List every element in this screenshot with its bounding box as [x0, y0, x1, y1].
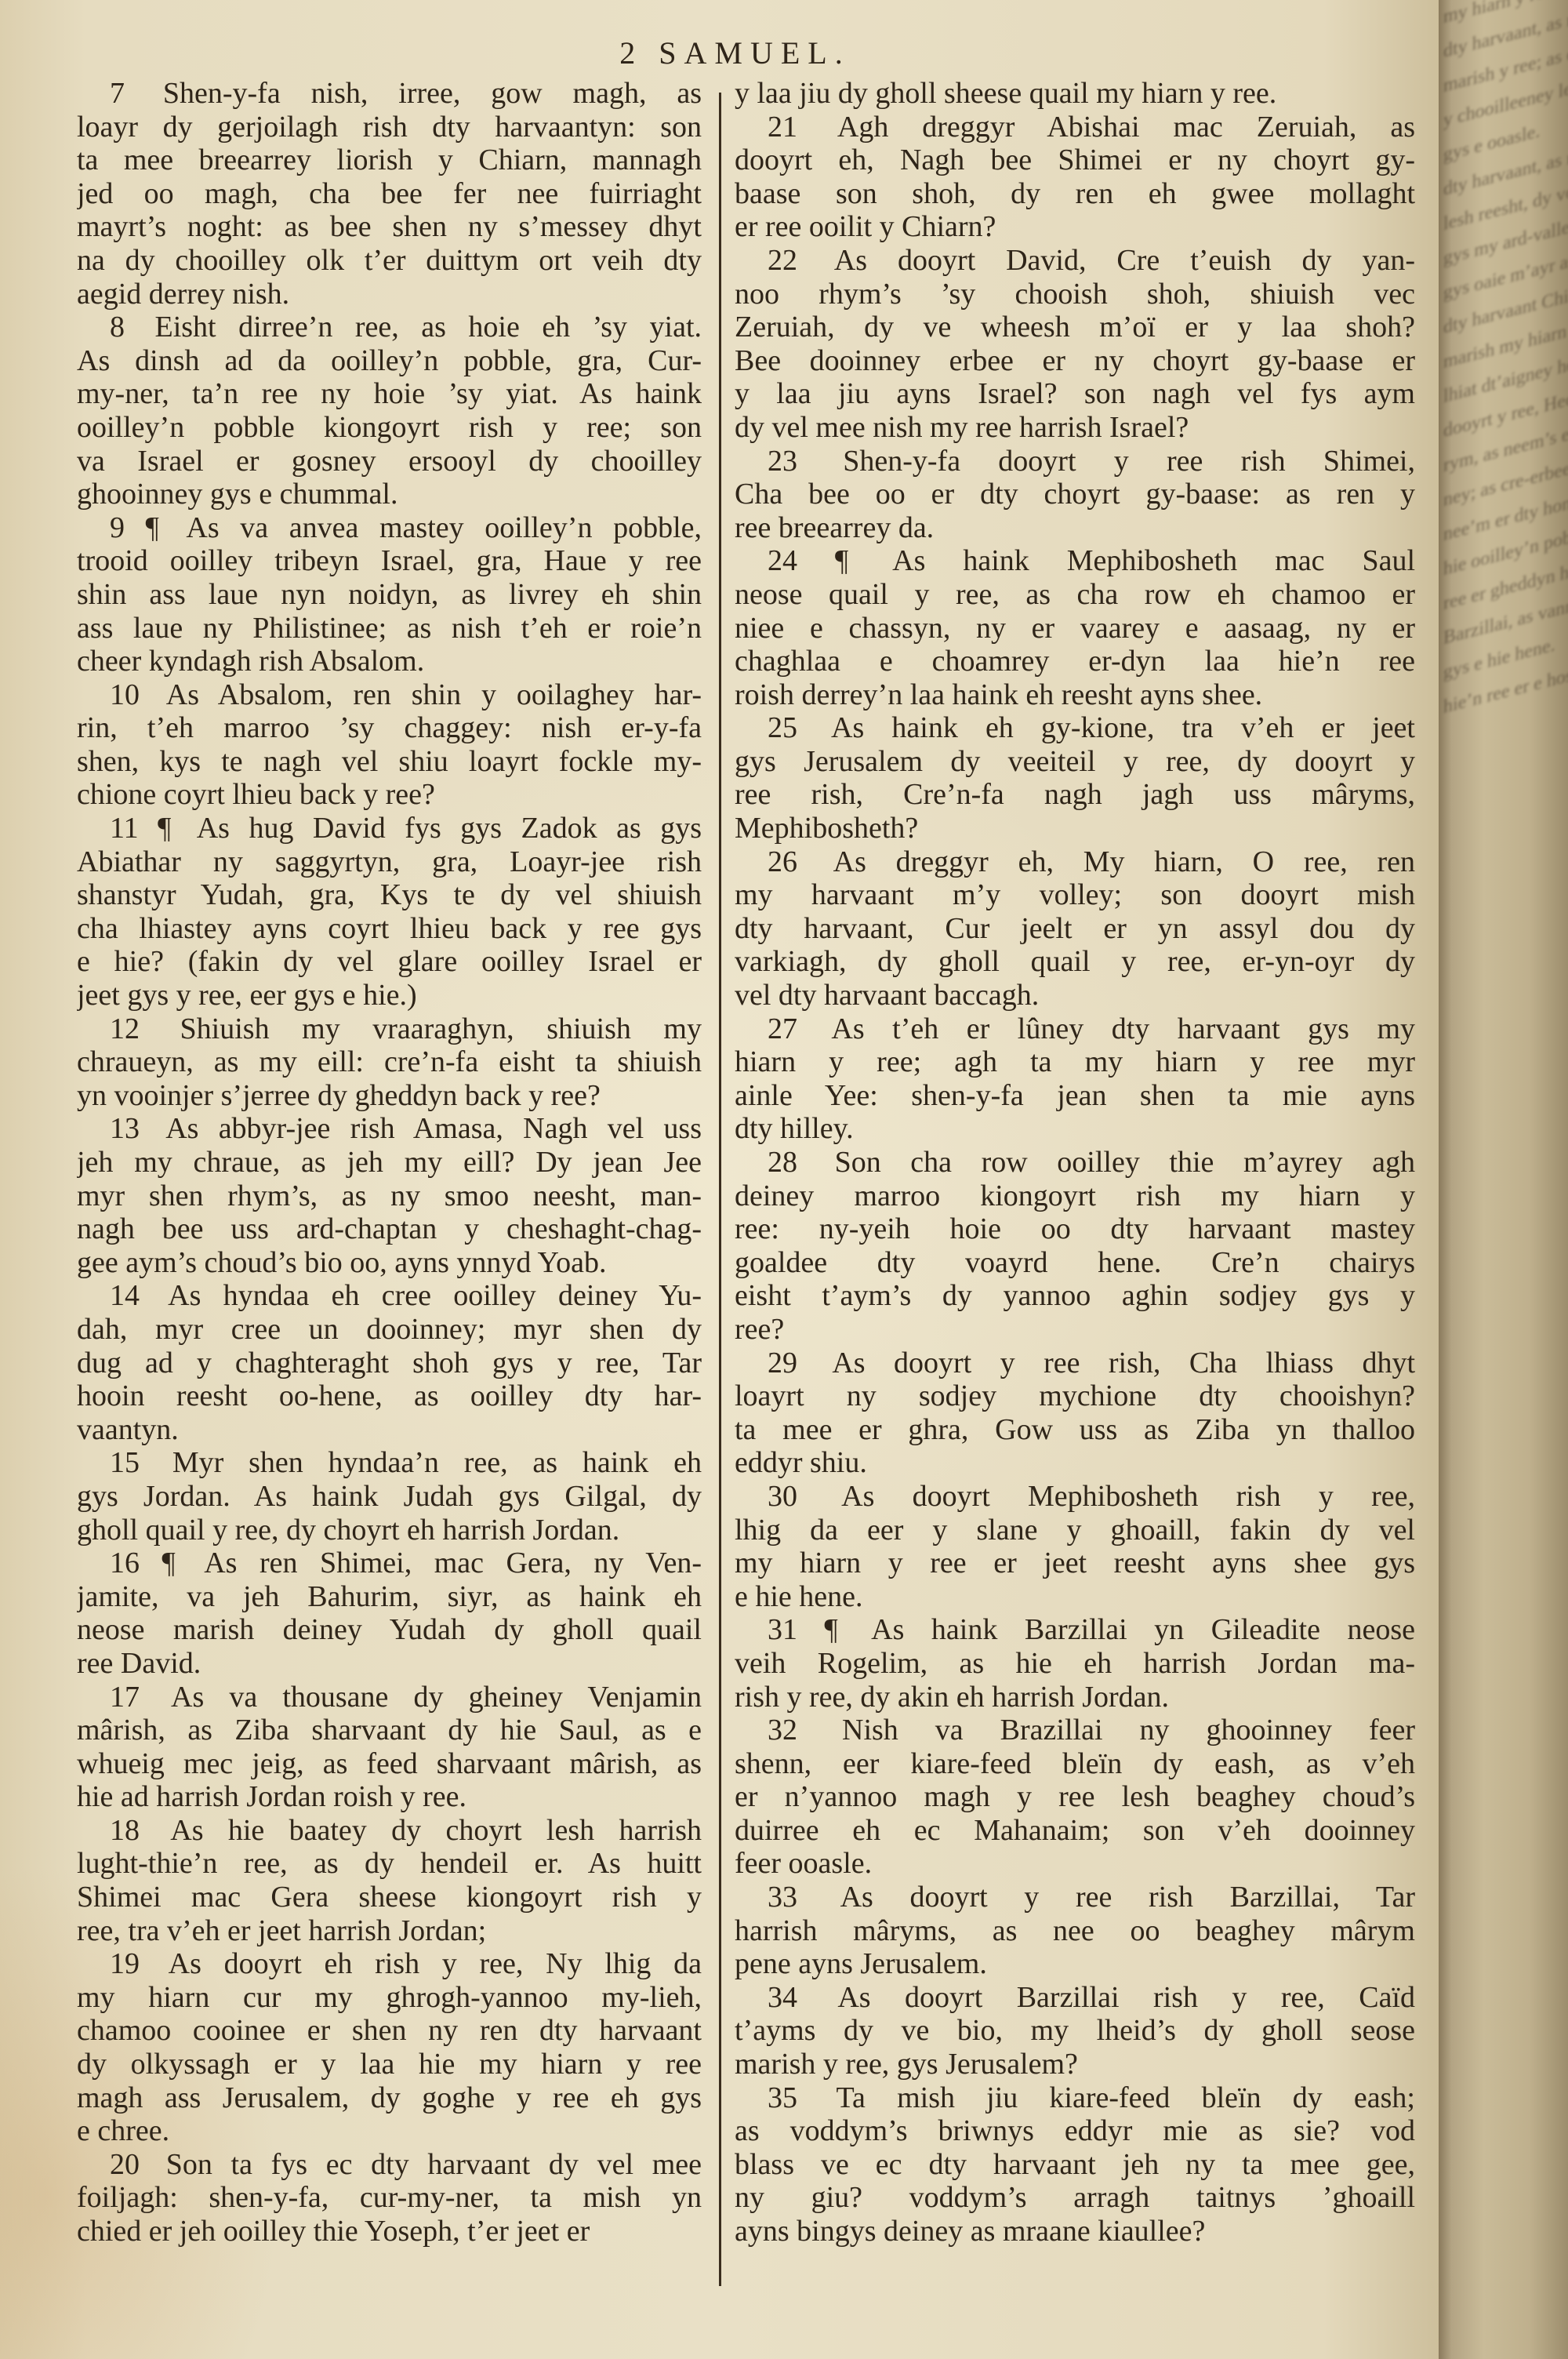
text-line: t’ayms dy ve bio, my lheid’s dy gholl se…: [735, 2014, 1415, 2048]
text-line: ass laue ny Philistinee; as nish t’eh er…: [77, 612, 702, 645]
verse-22: 22 As dooyrt David, Cre t’euish dy yan-n…: [735, 244, 1415, 445]
line-text: whueig mec jeig, as feed sharvaant mâris…: [77, 1747, 702, 1780]
line-text: va Israel er gosney ersooyl dy chooilley: [77, 445, 702, 478]
text-line: Shimei mac Gera sheese kiongoyrt rish y: [77, 1881, 702, 1914]
text-line: 34 As dooyrt Barzillai rish y ree, Caïd: [735, 1981, 1415, 2015]
text-line: eddyr shiu.: [735, 1446, 1415, 1480]
text-line: 22 As dooyrt David, Cre t’euish dy yan-: [735, 244, 1415, 278]
text-line: pene ayns Jerusalem.: [735, 1947, 1415, 1981]
text-line: 17 As va thousane dy gheiney Venjamin: [77, 1681, 702, 1714]
line-text: eisht t’aym’s dy yannoo aghin sodjey gys…: [735, 1279, 1415, 1312]
text-line: harrish mâryms, as nee oo beaghey mârym: [735, 1914, 1415, 1948]
line-text: gee aym’s choud’s bio oo, ayns ynnyd Yoa…: [77, 1246, 607, 1279]
text-line: chione coyrt lhieu back y ree?: [77, 778, 702, 812]
text-line: 14 As hyndaa eh cree ooilley deiney Yu-: [77, 1279, 702, 1313]
verse-number: 21: [768, 111, 797, 144]
text-line: noo rhym’s ’sy chooish shoh, shiuish vec: [735, 278, 1415, 311]
line-text: Shen-y-fa nish, irree, gow magh, as: [163, 77, 702, 110]
verse-number: 32: [768, 1714, 797, 1747]
line-text: rish y ree, dy akin eh harrish Jordan.: [735, 1681, 1169, 1714]
verse-21: 21 Agh dreggyr Abishai mac Zeruiah, asdo…: [735, 111, 1415, 244]
line-text: foiljagh: shen-y-fa, cur-my-ner, ta mish…: [77, 2181, 702, 2214]
line-text: As dooyrt y ree rish Barzillai, Tar: [840, 1881, 1415, 1914]
verse-29: 29 As dooyrt y ree rish, Cha lhiass dhyt…: [735, 1347, 1415, 1480]
line-text: Mephibosheth?: [735, 812, 918, 845]
line-text: niee e chassyn, ny er vaarey e aasaag, n…: [735, 612, 1415, 645]
text-line: jeh my chraue, as jeh my eill? Dy jean J…: [77, 1146, 702, 1179]
text-line: 8 Eisht dirree’n ree, as hoie eh ’sy yia…: [77, 311, 702, 344]
text-line: ree?: [735, 1313, 1415, 1347]
line-text: ree breearrey da.: [735, 511, 934, 544]
verse-20: 20 Son ta fys ec dty harvaant dy vel mee…: [77, 2148, 702, 2248]
text-line: duirree eh ec Mahanaim; son v’eh dooinne…: [735, 1814, 1415, 1848]
text-line: foiljagh: shen-y-fa, cur-my-ner, ta mish…: [77, 2181, 702, 2215]
line-text: dah, myr cree un dooinney; myr shen dy: [77, 1313, 702, 1346]
verse-14: 14 As hyndaa eh cree ooilley deiney Yu-d…: [77, 1279, 702, 1446]
text-line: shen, kys te nagh vel shiu loayrt fockle…: [77, 745, 702, 779]
verse-16: 16 ¶ As ren Shimei, mac Gera, ny Ven-jam…: [77, 1547, 702, 1680]
line-text: Son ta fys ec dty harvaant dy vel mee: [166, 2148, 702, 2181]
line-text: ree, tra v’eh er jeet harrish Jordan;: [77, 1914, 486, 1947]
verse-13: 13 As abbyr-jee rish Amasa, Nagh vel uss…: [77, 1112, 702, 1279]
verse-number: 22: [768, 244, 797, 277]
line-text: As va thousane dy gheiney Venjamin: [171, 1681, 702, 1714]
verse-number: 20: [110, 2148, 140, 2181]
text-line: marish y ree, gys Jerusalem?: [735, 2048, 1415, 2081]
text-line: ree rish, Cre’n-fa nagh jagh uss mâryms,: [735, 778, 1415, 812]
text-line: my hiarn cur my ghrogh-yannoo my-lieh,: [77, 1981, 702, 2015]
text-line: 7 Shen-y-fa nish, irree, gow magh, as: [77, 77, 702, 111]
line-text: mayrt’s noght: as bee shen ny s’messey d…: [77, 210, 702, 243]
text-line: loayr dy gerjoilagh rish dty harvaantyn:…: [77, 111, 702, 144]
line-text: ooilley’n pobble kiongoyrt rish y ree; s…: [77, 411, 702, 444]
text-line: na dy chooilley olk t’er duittym ort vei…: [77, 244, 702, 278]
facing-page-edge: my hiarn y ree.dty harvaant, as mee geem…: [1439, 0, 1568, 2359]
verse-number: 34: [768, 1981, 797, 2014]
line-text: gys Jerusalem dy veeiteil y ree, dy dooy…: [735, 745, 1415, 778]
column-divider-rule: [719, 93, 721, 2286]
line-text: lhig da eer y slane y ghoaill, fakin dy …: [735, 1514, 1415, 1547]
line-text: my harvaant m’y volley; son dooyrt mish: [735, 878, 1415, 911]
text-line: shin ass laue nyn noidyn, as livrey eh s…: [77, 578, 702, 612]
line-text: noo rhym’s ’sy chooish shoh, shiuish vec: [735, 278, 1415, 311]
text-line: ghooinney gys e chummal.: [77, 478, 702, 511]
line-text: varkiagh, dy gholl quail y ree, er-yn-oy…: [735, 945, 1415, 978]
line-text: cheer kyndagh rish Absalom.: [77, 645, 424, 678]
text-line: As dinsh ad da ooilley’n pobble, gra, Cu…: [77, 344, 702, 378]
text-line: cheer kyndagh rish Absalom.: [77, 645, 702, 678]
line-text: As abbyr-jee rish Amasa, Nagh vel uss: [165, 1112, 702, 1145]
line-text: roish derrey’n laa haink eh reesht ayns …: [735, 678, 1262, 711]
verse-27: 27 As t’eh er lûney dty harvaant gys myh…: [735, 1012, 1415, 1146]
line-text: dy olkyssagh er y laa hie my hiarn y ree: [77, 2048, 702, 2081]
line-text: my-ner, ta’n ree ny hoie ’sy yiat. As ha…: [77, 377, 702, 410]
line-text: my hiarn cur my ghrogh-yannoo my-lieh,: [77, 1981, 702, 2014]
text-line: lhig da eer y slane y ghoaill, fakin dy …: [735, 1514, 1415, 1547]
line-text: Cha bee oo er dty choyrt gy-baase: as re…: [735, 478, 1415, 511]
line-text: ree David.: [77, 1647, 201, 1680]
line-text: ghooinney gys e chummal.: [77, 478, 397, 511]
text-line: dty hilley.: [735, 1112, 1415, 1146]
text-line: Mephibosheth?: [735, 812, 1415, 845]
text-line: ayns bingys deiney as mraane kiaullee?: [735, 2215, 1415, 2248]
line-text: chaghlaa e choamrey er-dyn laa hie’n ree: [735, 645, 1415, 678]
text-line: goaldee dty voayrd hene. Cre’n chairys: [735, 1246, 1415, 1280]
verse-number: 11 ¶: [110, 812, 171, 845]
line-text: ass laue ny Philistinee; as nish t’eh er…: [77, 612, 702, 645]
verse-33: 33 As dooyrt y ree rish Barzillai, Tarha…: [735, 1881, 1415, 1981]
line-text: mârish, as Ziba sharvaant dy hie Saul, a…: [77, 1714, 702, 1747]
text-line: 12 Shiuish my vraaraghyn, shiuish my: [77, 1012, 702, 1046]
text-line: cha lhiastey ayns coyrt lhieu back y ree…: [77, 912, 702, 946]
line-text: ayns bingys deiney as mraane kiaullee?: [735, 2215, 1205, 2248]
line-text: loayr dy gerjoilagh rish dty harvaantyn:…: [77, 111, 702, 144]
verse-32: 32 Nish va Brazillai ny ghooinney feersh…: [735, 1714, 1415, 1881]
text-line: Zeruiah, dy ve wheesh m’oï er y laa shoh…: [735, 311, 1415, 344]
verse-number: 8: [110, 311, 125, 343]
text-line: dah, myr cree un dooinney; myr shen dy: [77, 1313, 702, 1347]
line-text: loayrt ny sodjey mychione dty chooishyn?: [735, 1379, 1415, 1412]
verse-9: 9 ¶ As va anvea mastey ooilley’n pobble,…: [77, 511, 702, 678]
verse-35: 35 Ta mish jiu kiare-feed bleïn dy eash;…: [735, 2081, 1415, 2248]
text-line: ree breearrey da.: [735, 511, 1415, 545]
line-text: jamite, va jeh Bahurim, siyr, as haink e…: [77, 1580, 702, 1613]
text-line: as voddym’s briwnys eddyr mie as sie? vo…: [735, 2114, 1415, 2148]
line-text: myr shen rhym’s, as ny smoo neesht, man-: [77, 1179, 702, 1212]
text-line: 10 As Absalom, ren shin y ooilaghey har-: [77, 678, 702, 712]
line-text: Abiathar ny saggyrtyn, gra, Loayr-jee ri…: [77, 845, 702, 878]
text-line: ree, tra v’eh er jeet harrish Jordan;: [77, 1914, 702, 1948]
line-text: rin, t’eh marroo ’sy chaggey: nish er-y-…: [77, 711, 702, 744]
line-text: shanstyr Yudah, gra, Kys te dy vel shiui…: [77, 878, 702, 911]
line-text: ree: ny-yeih hoie oo dty harvaant mastey: [735, 1212, 1415, 1245]
verse-number: 33: [768, 1881, 797, 1914]
line-text: Agh dreggyr Abishai mac Zeruiah, as: [837, 111, 1415, 144]
line-text: Ta mish jiu kiare-feed bleïn dy eash;: [836, 2081, 1415, 2114]
line-text: na dy chooilley olk t’er duittym ort vei…: [77, 244, 702, 277]
text-line: ooilley’n pobble kiongoyrt rish y ree; s…: [77, 411, 702, 445]
text-line: loayrt ny sodjey mychione dty chooishyn?: [735, 1379, 1415, 1413]
text-line: chraueyn, as my eill: cre’n-fa eisht ta …: [77, 1045, 702, 1079]
line-text: As dreggyr eh, My hiarn, O ree, ren: [833, 845, 1415, 878]
text-line: magh ass Jerusalem, dy goghe y ree eh gy…: [77, 2081, 702, 2115]
text-line: ta mee er ghra, Gow uss as Ziba yn thall…: [735, 1413, 1415, 1447]
verse-number: 29: [768, 1347, 797, 1379]
text-line: niee e chassyn, ny er vaarey e aasaag, n…: [735, 612, 1415, 645]
text-line: e hie hene.: [735, 1580, 1415, 1614]
line-text: harrish mâryms, as nee oo beaghey mârym: [735, 1914, 1415, 1947]
line-text: dy vel mee nish my ree harrish Israel?: [735, 411, 1189, 444]
text-line: y laa jiu dy gholl sheese quail my hiarn…: [735, 77, 1415, 111]
line-text: jeh my chraue, as jeh my eill? Dy jean J…: [77, 1146, 702, 1179]
verse-number: 24 ¶: [768, 544, 848, 577]
text-line: shenn, eer kiare-feed bleïn dy eash, as …: [735, 1747, 1415, 1781]
verse-number: 10: [110, 678, 140, 711]
line-text: t’ayms dy ve bio, my lheid’s dy gholl se…: [735, 2014, 1415, 2047]
line-text: dty hilley.: [735, 1112, 854, 1145]
text-line: 9 ¶ As va anvea mastey ooilley’n pobble,: [77, 511, 702, 545]
text-line: chied er jeh ooilley thie Yoseph, t’er j…: [77, 2215, 702, 2248]
left-column: 7 Shen-y-fa nish, irree, gow magh, asloa…: [77, 77, 702, 2248]
line-text: chione coyrt lhieu back y ree?: [77, 778, 435, 811]
line-text: baase son shoh, dy ren eh gwee mollaght: [735, 177, 1415, 210]
line-text: y laa jiu dy gholl sheese quail my hiarn…: [735, 77, 1276, 110]
text-line: dy olkyssagh er y laa hie my hiarn y ree: [77, 2048, 702, 2081]
verse-number: 31 ¶: [768, 1613, 838, 1646]
line-text: hie ad harrish Jordan roish y ree.: [77, 1780, 466, 1813]
verse-number: 7: [110, 77, 125, 110]
line-text: neose marish deiney Yudah dy gholl quail: [77, 1613, 702, 1646]
running-header: 2 SAMUEL.: [0, 35, 1439, 71]
line-text: e hie hene.: [735, 1580, 863, 1613]
line-text: ny giu? voddym’s arragh taitnys ’ghoaill: [735, 2181, 1415, 2214]
line-text: shin ass laue nyn noidyn, as livrey eh s…: [77, 578, 702, 611]
text-line: feer ooasle.: [735, 1847, 1415, 1881]
text-line: blass ve ec dty harvaant jeh ny ta mee g…: [735, 2148, 1415, 2182]
text-line: gys Jerusalem dy veeiteil y ree, dy dooy…: [735, 745, 1415, 779]
line-text: Myr shen hyndaa’n ree, as haink eh: [172, 1446, 702, 1479]
line-text: eddyr shiu.: [735, 1446, 867, 1479]
verse-10: 10 As Absalom, ren shin y ooilaghey har-…: [77, 678, 702, 812]
line-text: As dooyrt y ree rish, Cha lhiass dhyt: [832, 1347, 1415, 1379]
verse-number: 27: [768, 1012, 797, 1045]
text-line: ta mee breearrey liorish y Chiarn, manna…: [77, 144, 702, 177]
text-line: 15 Myr shen hyndaa’n ree, as haink eh: [77, 1446, 702, 1480]
verse-number: 9 ¶: [110, 511, 159, 544]
line-text: As dinsh ad da ooilley’n pobble, gra, Cu…: [77, 344, 702, 377]
text-line: y laa jiu ayns Israel? son nagh vel fys …: [735, 377, 1415, 411]
line-text: As t’eh er lûney dty harvaant gys my: [831, 1012, 1415, 1045]
verse-25: 25 As haink eh gy-kione, tra v’eh er jee…: [735, 711, 1415, 845]
text-line: vel dty harvaant baccagh.: [735, 979, 1415, 1012]
text-line: 28 Son cha row ooilley thie m’ayrey agh: [735, 1146, 1415, 1179]
line-text: As ren Shimei, mac Gera, ny Ven-: [204, 1547, 702, 1579]
line-text: pene ayns Jerusalem.: [735, 1947, 987, 1980]
line-text: blass ve ec dty harvaant jeh ny ta mee g…: [735, 2148, 1415, 2181]
verse-17: 17 As va thousane dy gheiney Venjaminmâr…: [77, 1681, 702, 1814]
line-text: aegid derrey nish.: [77, 278, 289, 311]
verse-12: 12 Shiuish my vraaraghyn, shiuish mychra…: [77, 1012, 702, 1113]
line-text: ree?: [735, 1313, 784, 1346]
text-line: deiney marroo kiongoyrt rish my hiarn y: [735, 1179, 1415, 1213]
text-line: dug ad y chaghteraght shoh gys y ree, Ta…: [77, 1347, 702, 1380]
line-text: Zeruiah, dy ve wheesh m’oï er y laa shoh…: [735, 311, 1415, 343]
line-text: As haink Mephibosheth mac Saul: [892, 544, 1415, 577]
text-line: er n’yannoo magh y ree lesh beaghey chou…: [735, 1780, 1415, 1814]
line-text: shenn, eer kiare-feed bleïn dy eash, as …: [735, 1747, 1415, 1780]
text-line: rish y ree, dy akin eh harrish Jordan.: [735, 1681, 1415, 1714]
line-text: vaantyn.: [77, 1413, 179, 1446]
line-text: Shimei mac Gera sheese kiongoyrt rish y: [77, 1881, 702, 1914]
line-text: magh ass Jerusalem, dy goghe y ree eh gy…: [77, 2081, 702, 2114]
line-text: Shen-y-fa dooyrt y ree rish Shimei,: [843, 445, 1415, 478]
line-text: As haink eh gy-kione, tra v’eh er jeet: [831, 711, 1415, 744]
line-text: duirree eh ec Mahanaim; son v’eh dooinne…: [735, 1814, 1415, 1847]
line-text: my hiarn y ree er jeet reesht ayns shee …: [735, 1547, 1415, 1579]
verse-number: 35: [768, 2081, 797, 2114]
line-text: Nish va Brazillai ny ghooinney feer: [842, 1714, 1415, 1747]
verse-number: 30: [768, 1480, 797, 1513]
text-line: dy vel mee nish my ree harrish Israel?: [735, 411, 1415, 445]
line-text: Son cha row ooilley thie m’ayrey agh: [835, 1146, 1415, 1179]
line-text: ree rish, Cre’n-fa nagh jagh uss mâryms,: [735, 778, 1415, 811]
line-text: er n’yannoo magh y ree lesh beaghey chou…: [735, 1780, 1415, 1813]
text-line: 33 As dooyrt y ree rish Barzillai, Tar: [735, 1881, 1415, 1914]
line-text: gys Jordan. As haink Judah gys Gilgal, d…: [77, 1480, 702, 1513]
verse-34: 34 As dooyrt Barzillai rish y ree, Caïdt…: [735, 1981, 1415, 2081]
text-line: 23 Shen-y-fa dooyrt y ree rish Shimei,: [735, 445, 1415, 478]
verse-15: 15 Myr shen hyndaa’n ree, as haink ehgys…: [77, 1446, 702, 1547]
book-title: 2 SAMUEL.: [619, 35, 850, 71]
text-line: ree: ny-yeih hoie oo dty harvaant mastey: [735, 1212, 1415, 1246]
text-line: e hie? (fakin dy vel glare ooilley Israe…: [77, 945, 702, 979]
text-line: 27 As t’eh er lûney dty harvaant gys my: [735, 1012, 1415, 1046]
text-line: 32 Nish va Brazillai ny ghooinney feer: [735, 1714, 1415, 1747]
text-line: vaantyn.: [77, 1413, 702, 1447]
verse-30: 30 As dooyrt Mephibosheth rish y ree,lhi…: [735, 1480, 1415, 1613]
text-line: ree David.: [77, 1647, 702, 1681]
text-line: 21 Agh dreggyr Abishai mac Zeruiah, as: [735, 111, 1415, 144]
text-line: baase son shoh, dy ren eh gwee mollaght: [735, 177, 1415, 211]
line-text: As dooyrt David, Cre t’euish dy yan-: [834, 244, 1415, 277]
text-line: mayrt’s noght: as bee shen ny s’messey d…: [77, 210, 702, 244]
text-line: gee aym’s choud’s bio oo, ayns ynnyd Yoa…: [77, 1246, 702, 1280]
text-line: dooyrt eh, Nagh bee Shimei er ny choyrt …: [735, 144, 1415, 177]
line-text: shen, kys te nagh vel shiu loayrt fockle…: [77, 745, 702, 778]
line-text: gholl quail y ree, dy choyrt eh harrish …: [77, 1514, 619, 1547]
verse-number: 16 ¶: [110, 1547, 176, 1579]
line-text: Bee dooinney erbee er ny choyrt gy-baase…: [735, 344, 1415, 377]
right-column: y laa jiu dy gholl sheese quail my hiarn…: [735, 77, 1415, 2248]
text-line: shanstyr Yudah, gra, Kys te dy vel shiui…: [77, 878, 702, 912]
verse-8: 8 Eisht dirree’n ree, as hoie eh ’sy yia…: [77, 311, 702, 511]
text-line: 31 ¶ As haink Barzillai yn Gileadite neo…: [735, 1613, 1415, 1647]
text-line: 25 As haink eh gy-kione, tra v’eh er jee…: [735, 711, 1415, 745]
text-line: 11 ¶ As hug David fys gys Zadok as gys: [77, 812, 702, 845]
verse-28: 28 Son cha row ooilley thie m’ayrey aghd…: [735, 1146, 1415, 1347]
text-line: my hiarn y ree er jeet reesht ayns shee …: [735, 1547, 1415, 1580]
text-line: 30 As dooyrt Mephibosheth rish y ree,: [735, 1480, 1415, 1514]
text-line: 35 Ta mish jiu kiare-feed bleïn dy eash;: [735, 2081, 1415, 2115]
text-line: lught-thie’n ree, as dy hendeil er. As h…: [77, 1847, 702, 1881]
verse-11: 11 ¶ As hug David fys gys Zadok as gysAb…: [77, 812, 702, 1012]
verse-24: 24 ¶ As haink Mephibosheth mac Saulneose…: [735, 544, 1415, 711]
line-text: ta mee breearrey liorish y Chiarn, manna…: [77, 144, 702, 176]
text-line: er ree ooilit y Chiarn?: [735, 210, 1415, 244]
verse-number: 14: [110, 1279, 140, 1312]
line-text: vel dty harvaant baccagh.: [735, 979, 1039, 1012]
text-line: mârish, as Ziba sharvaant dy hie Saul, a…: [77, 1714, 702, 1747]
text-line: myr shen rhym’s, as ny smoo neesht, man-: [77, 1179, 702, 1213]
text-line: ainle Yee: shen-y-fa jean shen ta mie ay…: [735, 1079, 1415, 1113]
line-text: nagh bee uss ard-chaptan y cheshaght-cha…: [77, 1212, 702, 1245]
text-line: 29 As dooyrt y ree rish, Cha lhiass dhyt: [735, 1347, 1415, 1380]
verse-number: 26: [768, 845, 797, 878]
text-line: jamite, va jeh Bahurim, siyr, as haink e…: [77, 1580, 702, 1614]
text-line: hiarn y ree; agh ta my hiarn y ree myr: [735, 1045, 1415, 1079]
line-text: ainle Yee: shen-y-fa jean shen ta mie ay…: [735, 1079, 1415, 1112]
line-text: marish y ree, gys Jerusalem?: [735, 2048, 1078, 2081]
text-line: roish derrey’n laa haink eh reesht ayns …: [735, 678, 1415, 712]
line-text: lught-thie’n ree, as dy hendeil er. As h…: [77, 1847, 702, 1880]
line-text: er ree ooilit y Chiarn?: [735, 210, 996, 243]
line-text: veih Rogelim, as hie eh harrish Jordan m…: [735, 1647, 1415, 1680]
verse-number: 17: [110, 1681, 140, 1714]
text-line: whueig mec jeig, as feed sharvaant mâris…: [77, 1747, 702, 1781]
text-line: 20 Son ta fys ec dty harvaant dy vel mee: [77, 2148, 702, 2182]
text-line: ny giu? voddym’s arragh taitnys ’ghoaill: [735, 2181, 1415, 2215]
line-text: chamoo cooinee er shen ny ren dty harvaa…: [77, 2014, 702, 2047]
text-line: jed oo magh, cha bee fer nee fuirriaght: [77, 177, 702, 211]
line-text: chraueyn, as my eill: cre’n-fa eisht ta …: [77, 1045, 702, 1078]
text-line: neose marish deiney Yudah dy gholl quail: [77, 1613, 702, 1647]
text-line: gys Jordan. As haink Judah gys Gilgal, d…: [77, 1480, 702, 1514]
text-line: 18 As hie baatey dy choyrt lesh harrish: [77, 1814, 702, 1848]
line-text: as voddym’s briwnys eddyr mie as sie? vo…: [735, 2114, 1415, 2147]
line-text: y laa jiu ayns Israel? son nagh vel fys …: [735, 377, 1415, 410]
line-text: As hie baatey dy choyrt lesh harrish: [170, 1814, 702, 1847]
line-text: hiarn y ree; agh ta my hiarn y ree myr: [735, 1045, 1415, 1078]
text-line: hooin reesht oo-hene, as ooilley dty har…: [77, 1379, 702, 1413]
line-text: dooyrt eh, Nagh bee Shimei er ny choyrt …: [735, 144, 1415, 176]
text-line: chamoo cooinee er shen ny ren dty harvaa…: [77, 2014, 702, 2048]
text-line: Cha bee oo er dty choyrt gy-baase: as re…: [735, 478, 1415, 511]
line-text: As va anvea mastey ooilley’n pobble,: [186, 511, 702, 544]
line-text: jed oo magh, cha bee fer nee fuirriaght: [77, 177, 702, 210]
verse-23: 23 Shen-y-fa dooyrt y ree rish Shimei,Ch…: [735, 445, 1415, 545]
line-text: deiney marroo kiongoyrt rish my hiarn y: [735, 1179, 1415, 1212]
text-line: yn vooinjer s’jerree dy gheddyn back y r…: [77, 1079, 702, 1113]
verse-26: 26 As dreggyr eh, My hiarn, O ree, renmy…: [735, 845, 1415, 1012]
text-line: varkiagh, dy gholl quail y ree, er-yn-oy…: [735, 945, 1415, 979]
line-text: feer ooasle.: [735, 1847, 872, 1880]
line-text: yn vooinjer s’jerree dy gheddyn back y r…: [77, 1079, 601, 1112]
text-line: chaghlaa e choamrey er-dyn laa hie’n ree: [735, 645, 1415, 678]
verse-7: 7 Shen-y-fa nish, irree, gow magh, asloa…: [77, 77, 702, 311]
line-text: neose quail y ree, as cha row eh chamoo …: [735, 578, 1415, 611]
bible-page: 2 SAMUEL. 7 Shen-y-fa nish, irree, gow m…: [0, 0, 1439, 2359]
text-line: neose quail y ree, as cha row eh chamoo …: [735, 578, 1415, 612]
text-line: hie ad harrish Jordan roish y ree.: [77, 1780, 702, 1814]
verse-number: 19: [110, 1947, 140, 1980]
verse-31: 31 ¶ As haink Barzillai yn Gileadite neo…: [735, 1613, 1415, 1714]
line-text: hooin reesht oo-hene, as ooilley dty har…: [77, 1379, 702, 1412]
text-line: 24 ¶ As haink Mephibosheth mac Saul: [735, 544, 1415, 578]
line-text: ta mee er ghra, Gow uss as Ziba yn thall…: [735, 1413, 1415, 1446]
line-text: dty harvaant, Cur jeelt er yn assyl dou …: [735, 912, 1415, 945]
text-line: rin, t’eh marroo ’sy chaggey: nish er-y-…: [77, 711, 702, 745]
line-text: As dooyrt eh rish y ree, Ny lhig da: [169, 1947, 702, 1980]
line-text: As hyndaa eh cree ooilley deiney Yu-: [168, 1279, 702, 1312]
line-text: As hug David fys gys Zadok as gys: [197, 812, 702, 845]
facing-page-blurred-text: my hiarn y ree.dty harvaant, as mee geem…: [1443, 0, 1561, 2359]
line-text: As Absalom, ren shin y ooilaghey har-: [166, 678, 702, 711]
text-line: 19 As dooyrt eh rish y ree, Ny lhig da: [77, 1947, 702, 1981]
line-text: trooid ooilley tribeyn Israel, gra, Haue…: [77, 544, 702, 577]
text-line: Bee dooinney erbee er ny choyrt gy-baase…: [735, 344, 1415, 378]
verse-number: 13: [110, 1112, 140, 1145]
line-text: Shiuish my vraaraghyn, shiuish my: [180, 1012, 702, 1045]
line-text: As dooyrt Barzillai rish y ree, Caïd: [837, 1981, 1415, 2014]
line-text: As dooyrt Mephibosheth rish y ree,: [841, 1480, 1415, 1513]
verse-19: 19 As dooyrt eh rish y ree, Ny lhig damy…: [77, 1947, 702, 2148]
line-text: cha lhiastey ayns coyrt lhieu back y ree…: [77, 912, 702, 945]
verse-number: 12: [110, 1012, 140, 1045]
text-line: 13 As abbyr-jee rish Amasa, Nagh vel uss: [77, 1112, 702, 1146]
line-text: chied er jeh ooilley thie Yoseph, t’er j…: [77, 2215, 590, 2248]
verse-number: 23: [768, 445, 797, 478]
verse-number: 25: [768, 711, 797, 744]
